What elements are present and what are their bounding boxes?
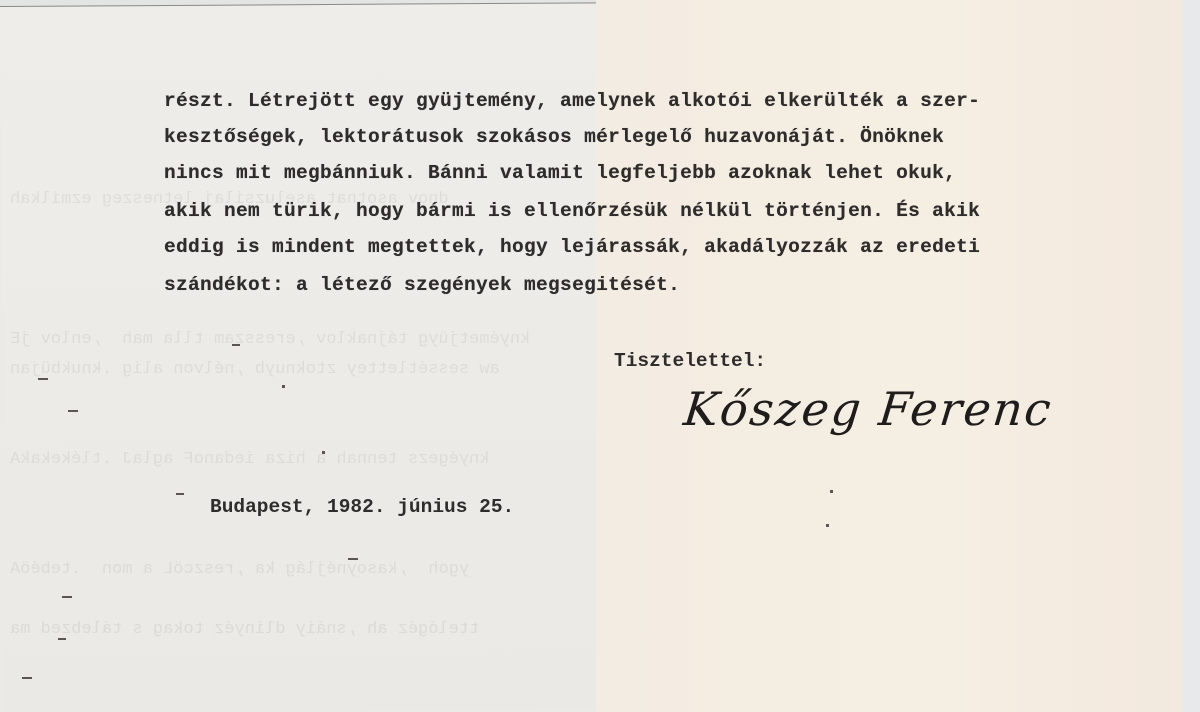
ink-speck: [38, 378, 48, 380]
ink-speck: [58, 638, 66, 640]
scan-right-margin: [1182, 0, 1200, 712]
handwritten-signature: Kőszeg Ferenc: [681, 382, 1055, 436]
ink-speck: [232, 344, 240, 346]
ink-speck: [176, 493, 184, 495]
ink-speck: [830, 490, 833, 493]
letter-body-line-2: kesztőségek, lektorátusok szokásos mérle…: [164, 126, 944, 148]
letter-body-line-5: eddig is mindent megtettek, hogy lejáras…: [164, 236, 980, 258]
letter-body-line-1: részt. Létrejött egy gyüjtemény, amelyne…: [164, 90, 980, 112]
ink-speck: [826, 524, 829, 527]
ink-speck: [68, 410, 78, 412]
bleed-through-text: knyémetjüyg tájnaklov ,eresszam tlla mah…: [10, 330, 530, 349]
bleed-through-text: knyégezs tennah a hiza iedanoF aglaJ .tl…: [10, 450, 489, 469]
ink-speck: [348, 558, 358, 560]
ink-speck: [322, 451, 325, 454]
letter-body-line-4: akik nem türik, hogy bármi is ellenőrzés…: [164, 200, 980, 222]
ink-speck: [22, 677, 32, 679]
letter-closing: Tisztelettel:: [614, 350, 766, 372]
ink-speck: [282, 385, 285, 388]
bleed-through-text: ygoh ,kasoynéjlág ka ,reszcöL a mon .teb…: [10, 560, 469, 579]
letter-body-line-6: szándékot: a létező szegények megsegités…: [164, 274, 680, 296]
letter-place-date: Budapest, 1982. június 25.: [210, 496, 514, 518]
letter-body-line-3: nincs mit megbánniuk. Bánni valamit legf…: [164, 162, 956, 184]
bleed-through-text: ttelógéz ah ,snáiy dlinyéz tokag s táleb…: [10, 620, 479, 639]
bleed-through-text: aw sessétlettey ztoknuyb ,nélvon alig .k…: [10, 360, 520, 379]
ink-speck: [62, 596, 72, 598]
